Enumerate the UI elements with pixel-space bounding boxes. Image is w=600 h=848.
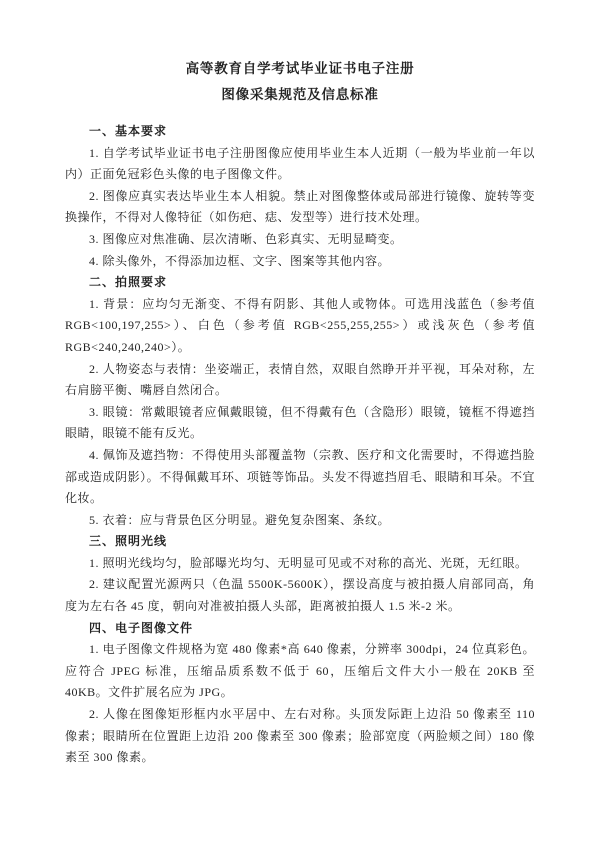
paragraph: 2. 人物姿态与表情：坐姿端正，表情自然，双眼自然睁开并平视，耳朵对称，左右肩膀…: [65, 359, 535, 402]
document-title-line1: 高等教育自学考试毕业证书电子注册: [65, 56, 535, 82]
paragraph: 2. 人像在图像矩形框内水平居中、左右对称。头顶发际距上边沿 50 像素至 11…: [65, 704, 535, 769]
paragraph: 1. 自学考试毕业证书电子注册图像应使用毕业生本人近期（一般为毕业前一年以内）正…: [65, 143, 535, 186]
paragraph: 3. 眼镜：常戴眼镜者应佩戴眼镜，但不得戴有色（含隐形）眼镜，镜框不得遮挡眼睛，…: [65, 402, 535, 445]
paragraph: 3. 图像应对焦准确、层次清晰、色彩真实、无明显畸变。: [65, 229, 535, 251]
paragraph: 4. 佩饰及遮挡物：不得使用头部覆盖物（宗教、医疗和文化需要时，不得遮挡脸部或造…: [65, 445, 535, 510]
document-body: 一、基本要求 1. 自学考试毕业证书电子注册图像应使用毕业生本人近期（一般为毕业…: [65, 121, 535, 769]
document-title-line2: 图像采集规范及信息标准: [65, 82, 535, 108]
paragraph: 4. 除头像外，不得添加边框、文字、图案等其他内容。: [65, 251, 535, 273]
document-title: 高等教育自学考试毕业证书电子注册 图像采集规范及信息标准: [65, 56, 535, 108]
paragraph: 2. 图像应真实表达毕业生本人相貌。禁止对图像整体或局部进行镜像、旋转等变换操作…: [65, 186, 535, 229]
section-heading-photo-requirements: 二、拍照要求: [65, 272, 535, 294]
section-heading-electronic-image-file: 四、电子图像文件: [65, 618, 535, 640]
paragraph: 1. 电子图像文件规格为宽 480 像素*高 640 像素，分辨率 300dpi…: [65, 639, 535, 704]
document-page: 高等教育自学考试毕业证书电子注册 图像采集规范及信息标准 一、基本要求 1. 自…: [0, 0, 600, 848]
section-heading-basic-requirements: 一、基本要求: [65, 121, 535, 143]
paragraph: 1. 照明光线均匀，脸部曝光均匀、无明显可见或不对称的高光、光斑，无红眼。: [65, 553, 535, 575]
paragraph: 5. 衣着：应与背景色区分明显。避免复杂图案、条纹。: [65, 510, 535, 532]
paragraph: 1. 背景：应均匀无渐变、不得有阴影、其他人或物体。可选用浅蓝色（参考值 RGB…: [65, 294, 535, 359]
section-heading-lighting: 三、照明光线: [65, 531, 535, 553]
paragraph: 2. 建议配置光源两只（色温 5500K-5600K），摆设高度与被拍摄人肩部同…: [65, 574, 535, 617]
